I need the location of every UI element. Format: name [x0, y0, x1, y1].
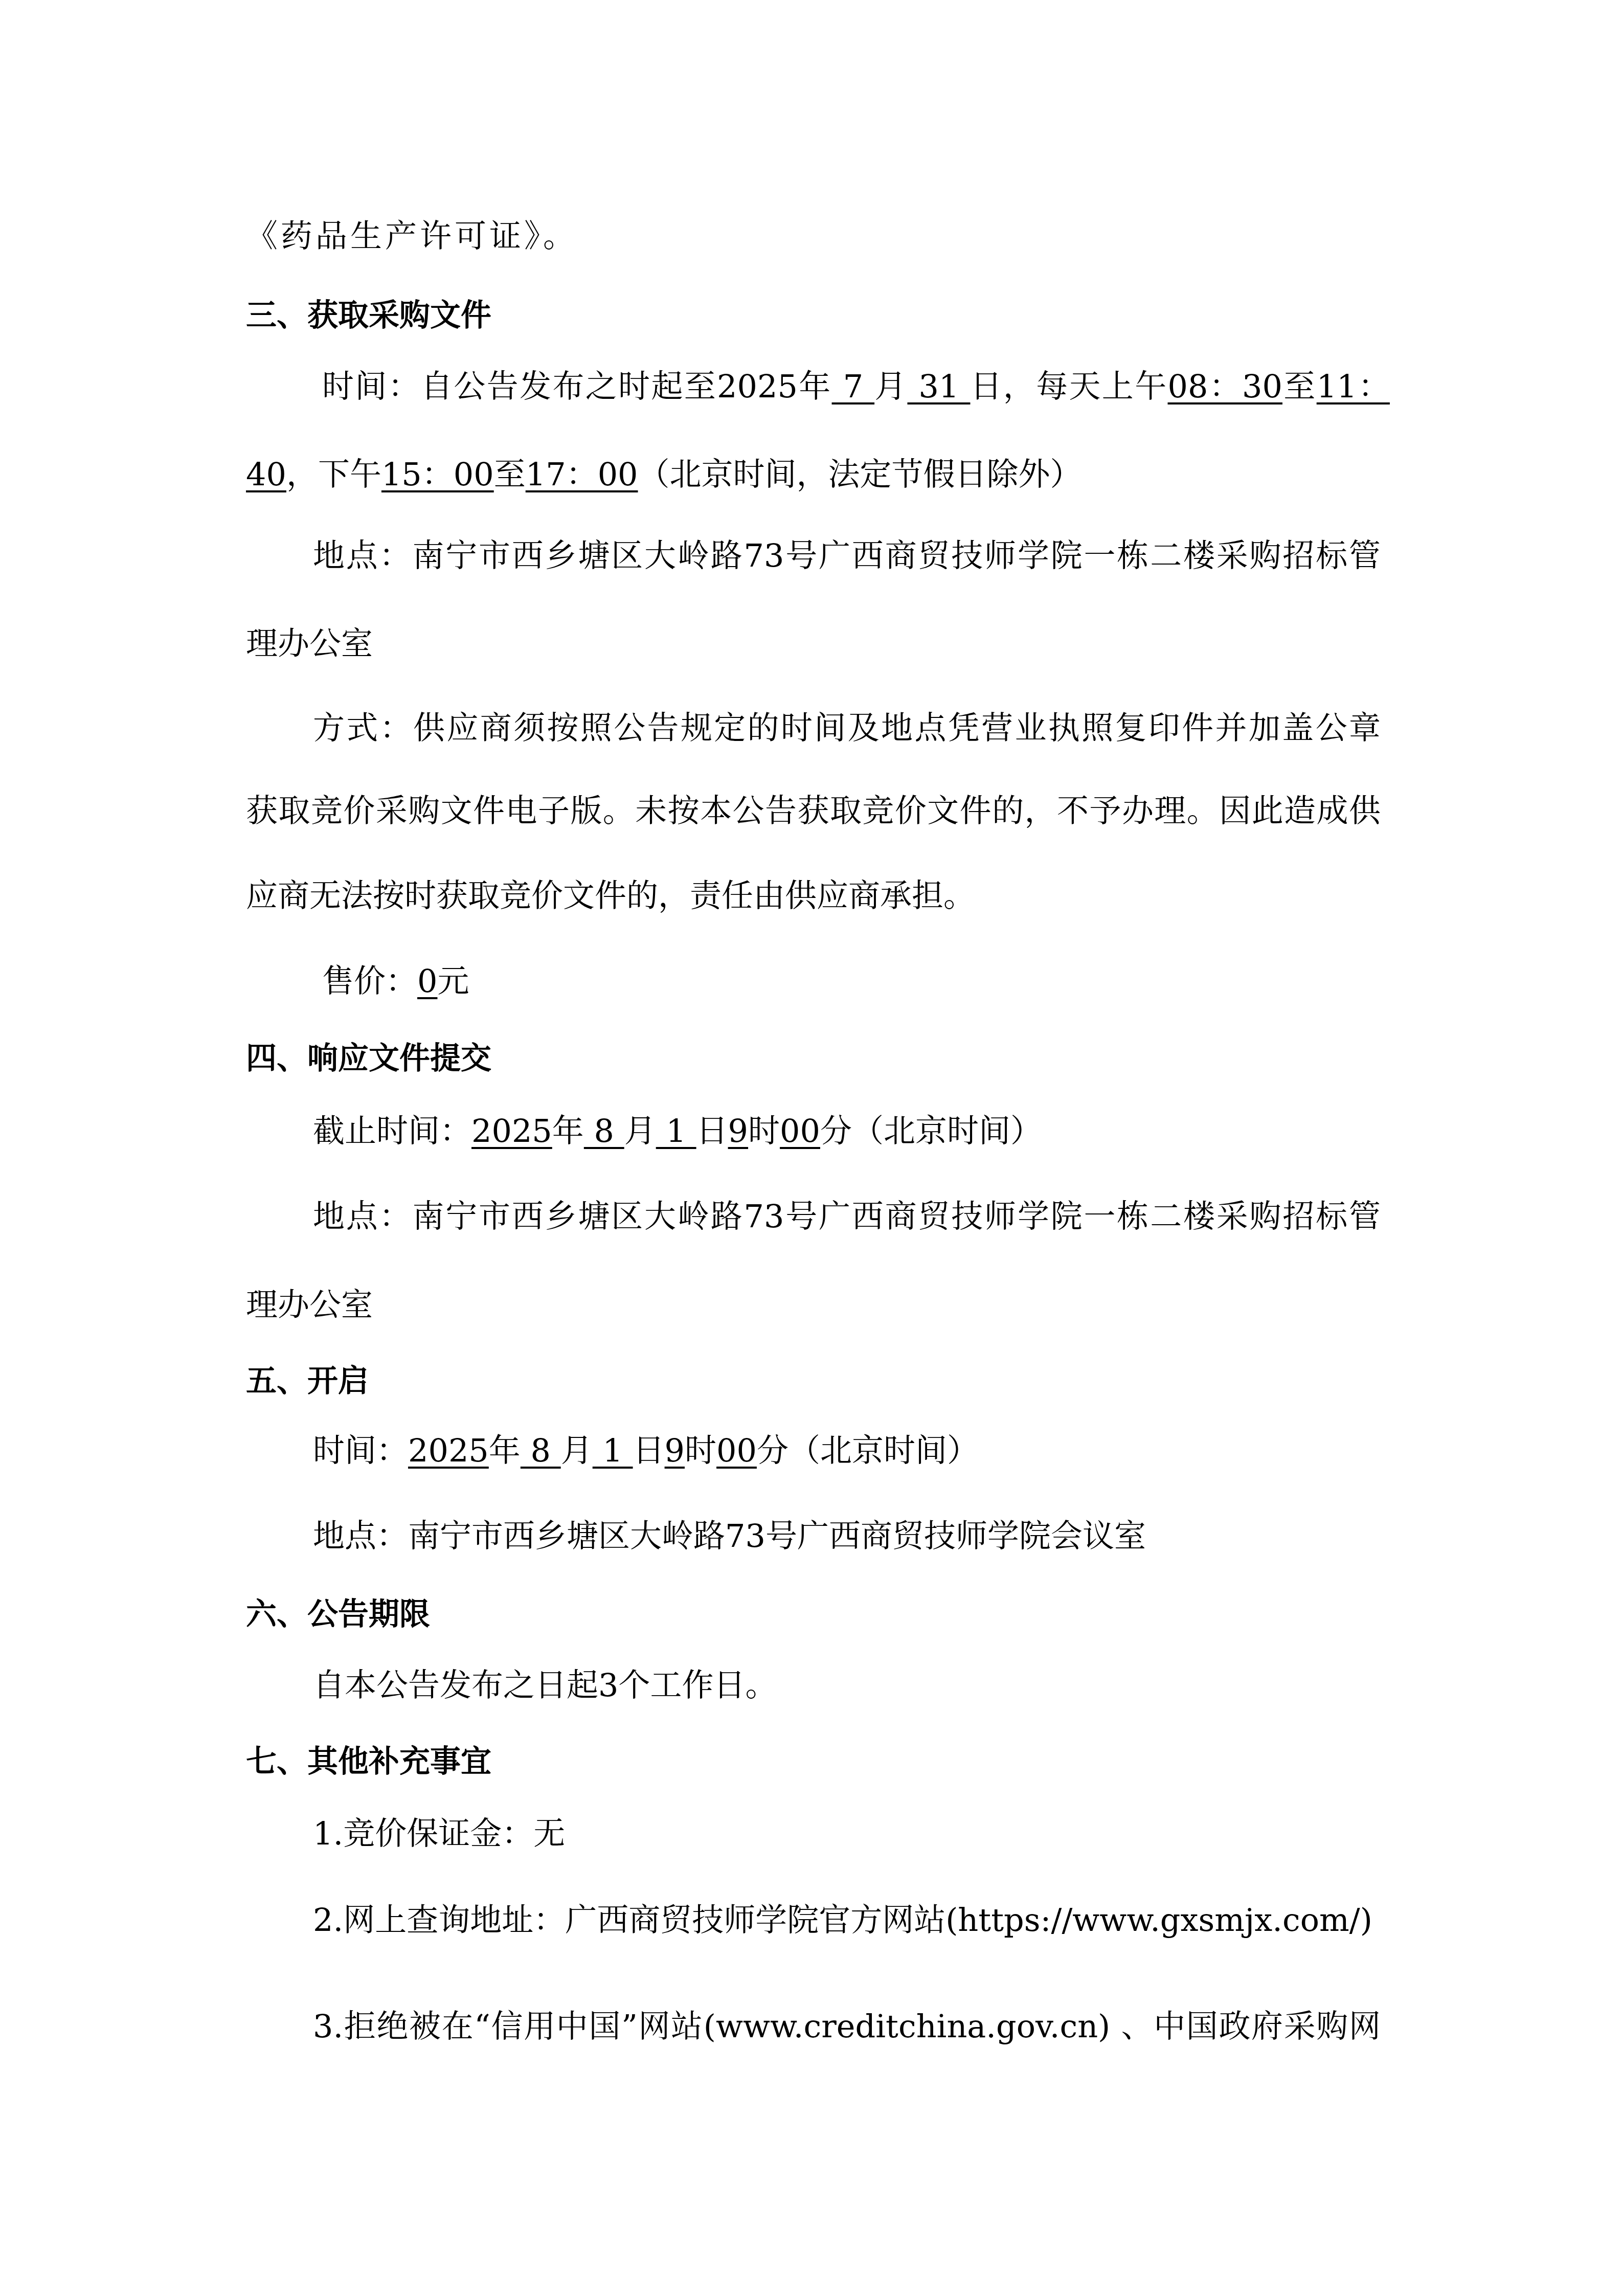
section-heading: 四、响应文件提交: [246, 1040, 491, 1077]
underlined-value: 2025: [471, 1112, 552, 1150]
text-run: 四、响应文件提交: [246, 1041, 491, 1076]
text-run: ，下午: [286, 456, 381, 493]
text-run: （北京时间，法定节假日除外）: [638, 456, 1082, 493]
text-run: 七、其他补充事宜: [246, 1744, 491, 1780]
text-run: 地点：南宁市西乡塘区大岭路73号广西商贸技师学院一栋二楼采购招标管: [313, 537, 1381, 574]
underlined-value: 8: [521, 1432, 561, 1469]
document-page: 《药品生产许可证》。三、获取采购文件时间：自公告发布之时起至2025年 7 月 …: [0, 0, 1623, 2296]
text-run: 年: [489, 1432, 521, 1469]
underlined-value: 31: [907, 368, 970, 405]
text-run: 三、获取采购文件: [246, 298, 491, 333]
text-run: 分（北京时间）: [820, 1112, 1042, 1150]
underlined-value: 8: [584, 1112, 624, 1150]
text-run: 日: [633, 1432, 665, 1469]
text-run: 获取竞价采购文件电子版。未按本公告获取竞价文件的，不予办理。因此造成供: [246, 792, 1381, 829]
underlined-value: 00: [780, 1112, 820, 1150]
underlined-value: 9: [728, 1112, 748, 1150]
body-line: 3.拒绝被在“信用中国”网站(www.creditchina.gov.cn) 、…: [313, 2008, 1381, 2045]
body-line: 《药品生产许可证》。: [246, 217, 578, 255]
text-run: 地点：南宁市西乡塘区大岭路73号广西商贸技师学院会议室: [313, 1517, 1146, 1555]
section-heading: 七、其他补充事宜: [246, 1743, 491, 1781]
text-run: 时间：自公告发布之时起至2025年: [322, 368, 832, 405]
text-run: 1.竞价保证金：无: [313, 1815, 565, 1852]
text-run: 时间：: [313, 1432, 408, 1469]
underlined-value: 17：00: [526, 456, 638, 493]
text-run: 至: [494, 456, 526, 493]
body-line: 理办公室: [246, 1286, 373, 1324]
underlined-value: 7: [832, 368, 875, 405]
text-run: 时: [685, 1432, 716, 1469]
text-run: 售价：: [322, 962, 417, 1000]
text-run: 理办公室: [246, 625, 373, 662]
text-run: 月: [624, 1112, 656, 1150]
text-run: 2.网上查询地址：广西商贸技师学院官方网站(https://www.gxsmjx…: [313, 1901, 1372, 1939]
body-line: 理办公室: [246, 625, 373, 663]
text-run: 方式：供应商须按照公告规定的时间及地点凭营业执照复印件并加盖公章: [313, 709, 1381, 747]
body-line: 时间：自公告发布之时起至2025年 7 月 31 日，每天上午08：30至11：: [322, 368, 1390, 406]
underlined-value: 15：00: [381, 456, 494, 493]
body-line: 地点：南宁市西乡塘区大岭路73号广西商贸技师学院一栋二楼采购招标管: [313, 537, 1381, 575]
text-run: 五、开启: [246, 1363, 369, 1399]
body-line: 自本公告发布之日起3个工作日。: [313, 1667, 777, 1704]
text-run: 至: [1282, 368, 1317, 405]
text-run: 《药品生产许可证》。: [246, 217, 578, 255]
text-run: 分（北京时间）: [757, 1432, 979, 1469]
text-run: 理办公室: [246, 1286, 373, 1323]
underlined-value: 2025: [408, 1432, 489, 1469]
body-line: 方式：供应商须按照公告规定的时间及地点凭营业执照复印件并加盖公章: [313, 709, 1381, 747]
underlined-value: 9: [665, 1432, 685, 1469]
section-heading: 三、获取采购文件: [246, 297, 491, 334]
text-run: 时: [748, 1112, 780, 1150]
text-run: 月: [561, 1432, 593, 1469]
text-run: 应商无法按时获取竞价文件的，责任由供应商承担。: [246, 877, 975, 914]
body-line: 截止时间：2025年 8 月 1 日9时00分（北京时间）: [313, 1112, 1042, 1150]
text-run: 年: [552, 1112, 584, 1150]
body-line: 售价：0元: [322, 962, 469, 1000]
text-run: 日，每天上午: [970, 368, 1167, 405]
text-run: 截止时间：: [313, 1112, 471, 1150]
text-run: 日: [696, 1112, 728, 1150]
section-heading: 六、公告期限: [246, 1595, 430, 1633]
underlined-value: 00: [716, 1432, 757, 1469]
text-run: 六、公告期限: [246, 1596, 430, 1632]
underlined-value: 11：: [1317, 368, 1390, 405]
body-line: 2.网上查询地址：广西商贸技师学院官方网站(https://www.gxsmjx…: [313, 1901, 1372, 1939]
text-run: 3.拒绝被在“信用中国”网站(www.creditchina.gov.cn) 、…: [313, 2008, 1381, 2045]
underlined-value: 0: [417, 962, 437, 1000]
body-line: 应商无法按时获取竞价文件的，责任由供应商承担。: [246, 877, 975, 915]
underlined-value: 08：30: [1168, 368, 1282, 405]
text-run: 地点：南宁市西乡塘区大岭路73号广西商贸技师学院一栋二楼采购招标管: [313, 1198, 1381, 1235]
body-line: 40，下午15：00至17：00（北京时间，法定节假日除外）: [246, 456, 1082, 493]
body-line: 地点：南宁市西乡塘区大岭路73号广西商贸技师学院一栋二楼采购招标管: [313, 1198, 1381, 1235]
text-run: 自本公告发布之日起3个工作日。: [313, 1667, 777, 1704]
text-run: 月: [874, 368, 907, 405]
section-heading: 五、开启: [246, 1362, 369, 1400]
body-line: 地点：南宁市西乡塘区大岭路73号广西商贸技师学院会议室: [313, 1517, 1146, 1555]
body-line: 获取竞价采购文件电子版。未按本公告获取竞价文件的，不予办理。因此造成供: [246, 792, 1381, 830]
body-line: 时间：2025年 8 月 1 日9时00分（北京时间）: [313, 1432, 979, 1470]
body-line: 1.竞价保证金：无: [313, 1815, 565, 1853]
underlined-value: 40: [246, 456, 286, 493]
underlined-value: 1: [593, 1432, 633, 1469]
underlined-value: 1: [656, 1112, 696, 1150]
text-run: 元: [437, 962, 469, 1000]
